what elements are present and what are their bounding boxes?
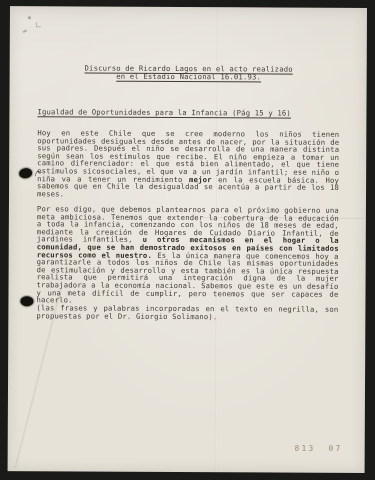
footnote-bold-attribution: (las frases y palabras incorporadas en e… — [36, 304, 338, 321]
document-title: Discurso de Ricardo Lagos en el acto rea… — [38, 64, 340, 81]
paragraph-childhood-inequality: Hoy en este Chile que se cree moderno lo… — [37, 129, 339, 199]
title-line-2: en el Estadio Nacional 16.01.93. — [38, 72, 340, 81]
archive-number-stamp: 813 07 — [295, 444, 343, 453]
document-page: Discurso de Ricardo Lagos en el acto rea… — [8, 6, 367, 473]
section-heading: Igualdad de Oportunidades para la Infanc… — [37, 108, 339, 117]
punch-hole-icon — [20, 296, 33, 306]
stamp-right: 07 — [329, 444, 343, 453]
staple-mark — [36, 22, 41, 27]
staple-mark — [28, 16, 31, 19]
paragraph-policy-goal: Por eso digo, que debemos plantearnos pa… — [36, 205, 339, 305]
staple-mark — [23, 29, 27, 33]
stamp-left: 813 — [295, 444, 316, 453]
punch-hole-icon — [19, 167, 33, 179]
